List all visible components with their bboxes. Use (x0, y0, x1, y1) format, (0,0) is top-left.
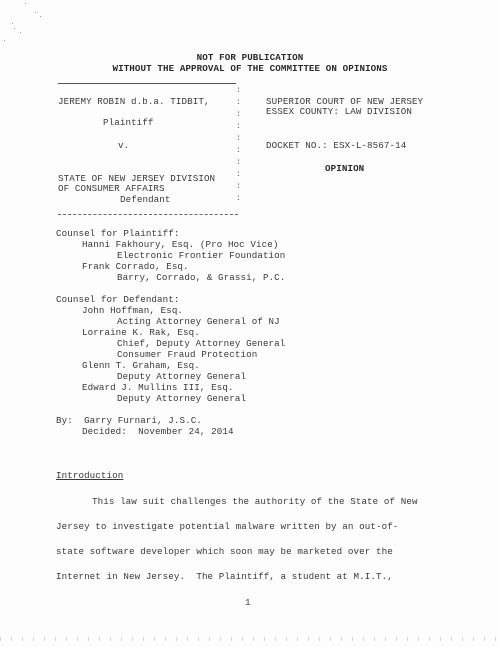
defendant-role: Defendant (120, 194, 171, 205)
section-heading-introduction: Introduction (56, 470, 123, 481)
caption-colon: : (236, 170, 241, 179)
defendant-line2: OF CONSUMER AFFAIRS (58, 183, 165, 194)
scan-artifact (40, 16, 41, 17)
scan-artifact (12, 23, 13, 24)
counsel-plaintiff-heading: Counsel for Plaintiff: (56, 228, 180, 239)
counsel-defendant-line: Lorraine K. Rak, Esq. (82, 327, 200, 338)
counsel-defendant-line: Consumer Fraud Protection (117, 349, 257, 360)
header-without-approval: WITHOUT THE APPROVAL OF THE COMMITTEE ON… (0, 63, 500, 74)
counsel-defendant-heading: Counsel for Defendant: (56, 294, 180, 305)
caption-colon: : (236, 158, 241, 167)
scan-artifact (14, 28, 15, 29)
court-division: ESSEX COUNTY: LAW DIVISION (266, 106, 412, 117)
counsel-defendant-line: Deputy Attorney General (117, 393, 246, 404)
caption-colon: : (236, 194, 241, 203)
document-page: NOT FOR PUBLICATION WITHOUT THE APPROVAL… (0, 0, 500, 647)
caption-colon: : (236, 86, 241, 95)
counsel-defendant-line: John Hoffman, Esq. (82, 305, 183, 316)
scan-artifact (20, 32, 21, 33)
caption-colon: : (236, 98, 241, 107)
scan-artifact (25, 3, 26, 4)
scan-noise-bottom (0, 637, 500, 641)
versus: v. (118, 140, 129, 151)
counsel-defendant-line: Acting Attorney General of NJ (117, 316, 280, 327)
scan-artifact (35, 12, 36, 13)
judge-name: By: Garry Furnari, J.S.C. (56, 415, 202, 426)
counsel-defendant-line: Deputy Attorney General (117, 371, 246, 382)
docket-number: DOCKET NO.: ESX-L-8567-14 (266, 140, 406, 151)
plaintiff-role: Plaintiff (103, 117, 154, 128)
paragraph-line: Internet in New Jersey. The Plaintiff, a… (56, 571, 393, 582)
counsel-defendant-line: Chief, Deputy Attorney General (117, 338, 285, 349)
scan-artifact (4, 40, 5, 41)
counsel-plaintiff-line: Frank Corrado, Esq. (82, 261, 189, 272)
caption-colon: : (236, 110, 241, 119)
document-type: OPINION (325, 163, 364, 174)
counsel-defendant-line: Edward J. Mullins III, Esq. (82, 382, 234, 393)
paragraph-line: state software developer which soon may … (56, 546, 393, 557)
paragraph-line: Jersey to investigate potential malware … (56, 521, 398, 532)
caption-colon: : (236, 122, 241, 131)
counsel-plaintiff-line: Hanni Fakhoury, Esq. (Pro Hoc Vice) (82, 239, 278, 250)
counsel-defendant-line: Glenn T. Graham, Esq. (82, 360, 200, 371)
caption-bottom-rule (58, 214, 238, 216)
caption-top-rule (58, 83, 236, 84)
plaintiff-name: JEREMY ROBIN d.b.a. TIDBIT, (58, 96, 210, 107)
decision-date: Decided: November 24, 2014 (82, 426, 234, 437)
caption-colon: : (236, 146, 241, 155)
caption-colon: : (236, 134, 241, 143)
caption-colon: : (236, 182, 241, 191)
page-number: 1 (245, 597, 251, 608)
counsel-plaintiff-line: Electronic Frontier Foundation (117, 250, 285, 261)
counsel-plaintiff-line: Barry, Corrado, & Grassi, P.C. (117, 272, 285, 283)
header-not-for-publication: NOT FOR PUBLICATION (0, 52, 500, 63)
paragraph-line: This law suit challenges the authority o… (92, 496, 418, 507)
